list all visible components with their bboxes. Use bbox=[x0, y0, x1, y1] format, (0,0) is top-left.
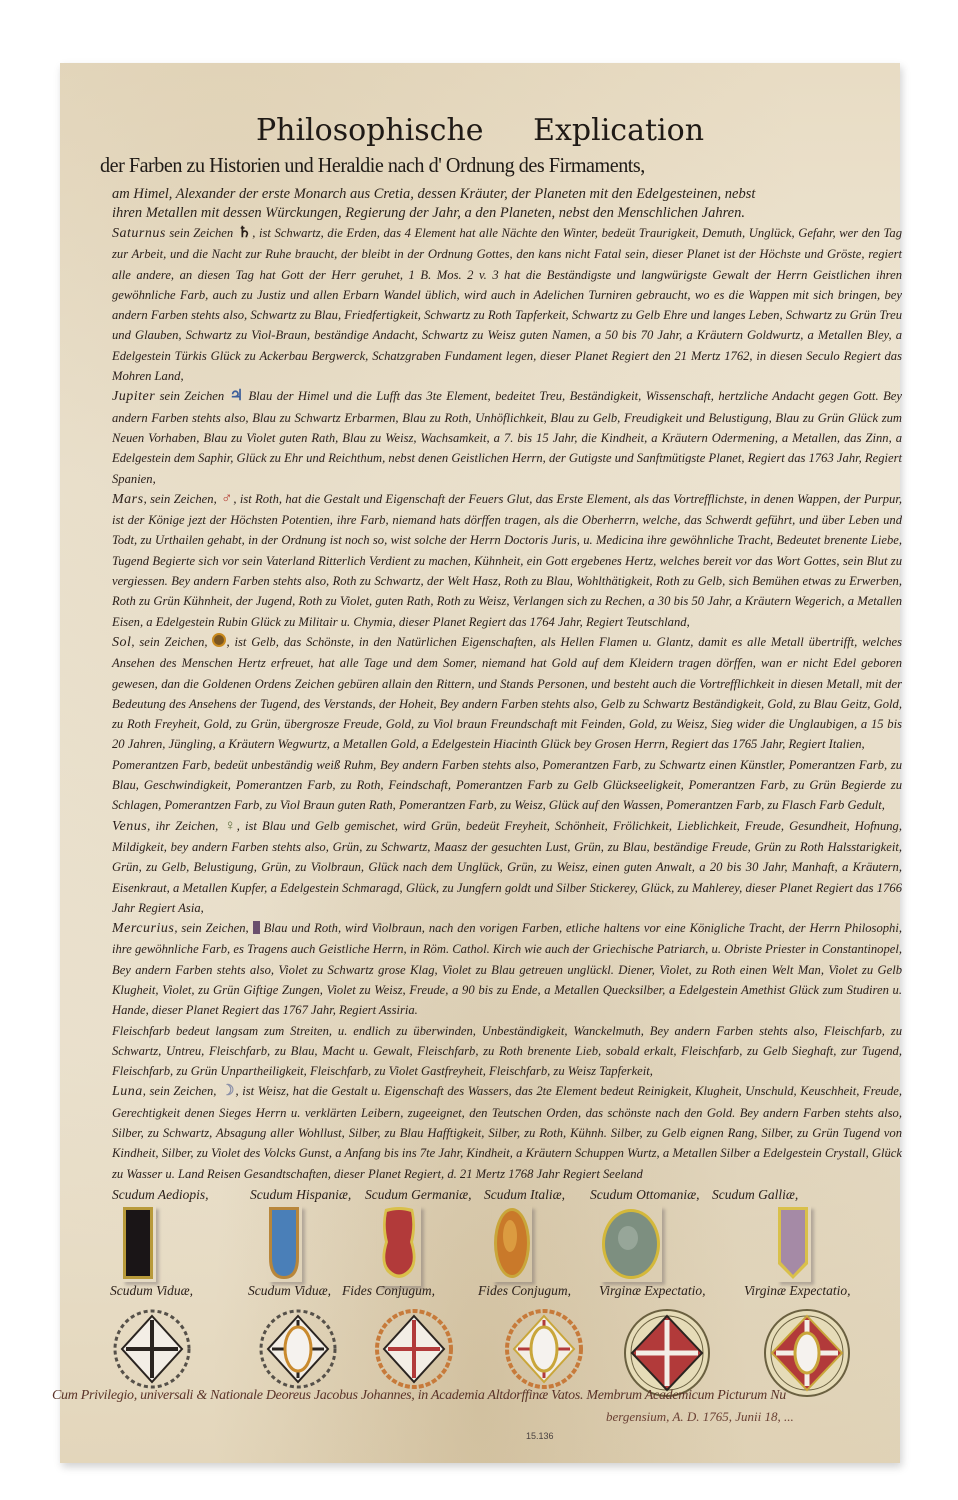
planet-name: Sol bbox=[112, 635, 131, 650]
shield-italiae-icon bbox=[492, 1206, 532, 1282]
document-subtitle: der Farben zu Historien und Heraldie nac… bbox=[100, 153, 849, 178]
document-sheet: Philosophische Explication der Farben zu… bbox=[60, 63, 900, 1463]
catalog-number: 15.136 bbox=[526, 1431, 554, 1441]
section-jupiter: Jupiter sein Zeichen ♃ Blau der Himel un… bbox=[112, 386, 902, 488]
caption: Scudum Ottomaniæ, bbox=[590, 1187, 700, 1203]
privilege-date-line: bergensium, A. D. 1765, Junii 18, ... bbox=[606, 1409, 794, 1425]
planet-name: Jupiter bbox=[112, 389, 155, 404]
caption: Scudum Galliæ, bbox=[712, 1187, 798, 1203]
shield-hispaniae-icon bbox=[268, 1206, 302, 1282]
moon-symbol-icon: ☽ bbox=[220, 1084, 235, 1098]
planet-name: Mercurius bbox=[112, 921, 174, 936]
venus-symbol-icon: ♀ bbox=[223, 819, 236, 833]
jupiter-symbol-icon: ♃ bbox=[229, 389, 244, 403]
shield-ottomaniae-icon bbox=[600, 1206, 662, 1282]
document-title: Philosophische Explication bbox=[60, 113, 900, 148]
section-venus: Venus, ihr Zeichen, ♀, ist Blau und Gelb… bbox=[112, 816, 902, 918]
planet-name: Mars bbox=[112, 492, 144, 507]
lead: , sein Zeichen, bbox=[174, 921, 252, 935]
section-sol: Sol, sein Zeichen, , ist Gelb, das Schön… bbox=[112, 632, 902, 755]
section-text: , ist Schwartz, die Erden, das 4 Element… bbox=[112, 226, 902, 383]
widow-lozenge-icon bbox=[112, 1308, 192, 1390]
body-text: Saturnus sein Zeichen ♄, ist Schwartz, d… bbox=[112, 223, 902, 1184]
mercury-symbol-icon bbox=[253, 921, 260, 934]
intro-line-1: am Himel, Alexander der erste Monarch au… bbox=[112, 185, 892, 204]
intro-line-2: ihren Metallen mit dessen Würckungen, Re… bbox=[112, 204, 892, 223]
lead: , sein Zeichen, bbox=[144, 492, 221, 506]
caption: Fides Conjugum, bbox=[478, 1283, 571, 1299]
shield-aediopis-icon bbox=[122, 1206, 156, 1282]
sun-symbol-icon bbox=[212, 633, 226, 647]
caption: Scudum Germaniæ, bbox=[365, 1187, 472, 1203]
caption: Scudum Hispaniæ, bbox=[250, 1187, 351, 1203]
shield-galliae-icon bbox=[777, 1206, 811, 1282]
section-fleischfarb: Fleischfarb bedeut langsam zum Streiten,… bbox=[112, 1021, 902, 1082]
caption: Fides Conjugum, bbox=[342, 1283, 435, 1299]
planet-name: Luna bbox=[112, 1084, 143, 1099]
widow-lozenge-oval-icon bbox=[258, 1308, 338, 1390]
shield-germaniae-icon bbox=[377, 1206, 421, 1286]
lozenge-row bbox=[112, 1308, 902, 1398]
section-mercurius: Mercurius, sein Zeichen, Blau und Roth, … bbox=[112, 918, 902, 1020]
planet-name: Venus bbox=[112, 819, 147, 834]
caption: Virginæ Expectatio, bbox=[599, 1283, 705, 1299]
virgin-lozenge-oval-icon bbox=[762, 1308, 852, 1398]
section-text: Fleischfarb bedeut langsam zum Streiten,… bbox=[112, 1024, 902, 1079]
conjugal-lozenge-oval-icon bbox=[504, 1308, 584, 1390]
caption: Scudum Viduæ, bbox=[110, 1283, 193, 1299]
planet-name: Saturnus bbox=[112, 226, 166, 241]
section-pomerantzen: Pomerantzen Farb, bedeüt unbeständig wei… bbox=[112, 755, 902, 816]
caption: Scudum Viduæ, bbox=[248, 1283, 331, 1299]
section-text: , ist Gelb, das Schönste, in den Natürli… bbox=[112, 635, 902, 751]
mars-symbol-icon: ♂ bbox=[220, 492, 233, 506]
conjugal-lozenge-icon bbox=[374, 1308, 454, 1390]
caption: Virginæ Expectatio, bbox=[744, 1283, 850, 1299]
section-text: Pomerantzen Farb, bedeüt unbeständig wei… bbox=[112, 758, 902, 813]
section-mars: Mars, sein Zeichen, ♂, ist Roth, hat die… bbox=[112, 489, 902, 632]
lead: sein Zeichen bbox=[166, 226, 237, 240]
virgin-lozenge-icon bbox=[622, 1308, 712, 1398]
section-saturnus: Saturnus sein Zeichen ♄, ist Schwartz, d… bbox=[112, 223, 902, 386]
lead: , ihr Zeichen, bbox=[147, 819, 223, 833]
caption: Scudum Italiæ, bbox=[484, 1187, 565, 1203]
privilege-line: Cum Privilegio, universali & Nationale D… bbox=[52, 1388, 892, 1404]
saturn-symbol-icon: ♄ bbox=[237, 226, 252, 240]
section-text: , ist Roth, hat die Gestalt und Eigensch… bbox=[112, 492, 902, 629]
shields-row bbox=[112, 1206, 902, 1286]
lead: sein Zeichen bbox=[155, 389, 228, 403]
section-luna: Luna, sein Zeichen, ☽, ist Weisz, hat di… bbox=[112, 1081, 902, 1183]
lead: , sein Zeichen, bbox=[131, 635, 212, 649]
caption: Scudum Aediopis, bbox=[112, 1187, 209, 1203]
section-text: Blau und Roth, wird Violbraun, nach den … bbox=[112, 921, 902, 1017]
lead: , sein Zeichen, bbox=[143, 1084, 220, 1098]
